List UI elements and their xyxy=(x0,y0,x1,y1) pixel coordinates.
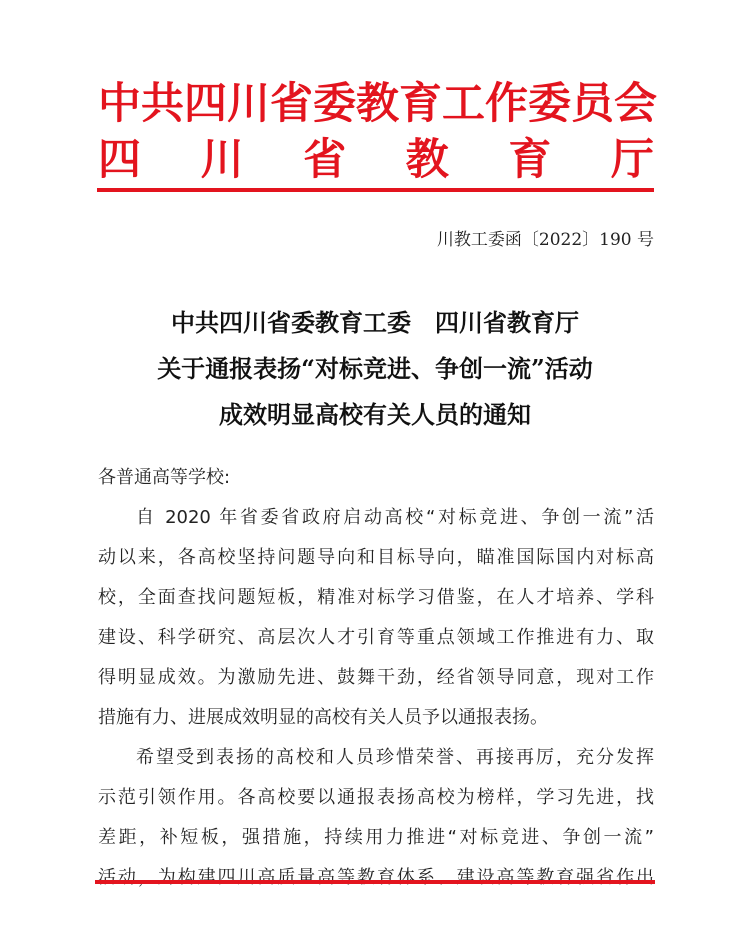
document-number: 川教工委函〔2022〕190 号 xyxy=(437,225,654,250)
body-line: 建设、科学研究、高层次人才引育等重点领域工作推进有力、取 xyxy=(98,618,654,658)
title-line: 关于通报表扬“对标竞进、争创一流”活动 xyxy=(90,346,660,392)
document-body: 各普通高等学校: 自 2020 年省委省政府启动高校“对标竞进、争创一流”活 动… xyxy=(98,458,654,898)
document-title: 中共四川省委教育工委 四川省教育厅 关于通报表扬“对标竞进、争创一流”活动 成效… xyxy=(90,300,660,438)
letterhead-char: 四 xyxy=(184,70,227,131)
body-line: 动以来，各高校坚持问题导向和目标导向，瞄准国际国内对标高 xyxy=(98,538,654,578)
body-line: 措施有力、进展成效明显的高校有关人员予以通报表扬。 xyxy=(98,698,654,738)
letterhead-char: 四 xyxy=(98,126,141,187)
letterhead-char: 川 xyxy=(227,70,270,131)
letterhead-char: 教 xyxy=(406,126,449,187)
body-line: 得明显成效。为激励先进、鼓舞干劲，经省领导同意，现对工作 xyxy=(98,658,654,698)
footer-divider xyxy=(95,880,655,884)
letterhead-char: 育 xyxy=(508,126,551,187)
paragraph: 自 2020 年省委省政府启动高校“对标竞进、争创一流”活 动以来，各高校坚持问… xyxy=(98,498,654,738)
letterhead-char: 省 xyxy=(270,70,313,131)
letterhead-char: 中 xyxy=(98,70,141,131)
title-line: 中共四川省委教育工委 四川省教育厅 xyxy=(90,300,660,346)
letterhead-char: 省 xyxy=(303,126,346,187)
body-line: 差距，补短板，强措施，持续用力推进“对标竞进、争创一流” xyxy=(98,818,654,858)
body-line: 示范引领作用。各高校要以通报表扬高校为榜样，学习先进，找 xyxy=(98,778,654,818)
letterhead-divider xyxy=(97,188,654,192)
salutation: 各普通高等学校: xyxy=(98,458,654,498)
paragraph: 希望受到表扬的高校和人员珍惜荣誉、再接再厉，充分发挥 示范引领作用。各高校要以通… xyxy=(98,738,654,898)
letterhead-char: 工 xyxy=(442,70,485,131)
letterhead-line-2: 四 川 省 教 育 厅 xyxy=(98,128,654,184)
letterhead-char: 作 xyxy=(485,70,528,131)
letterhead-char: 育 xyxy=(399,70,442,131)
letterhead-char: 教 xyxy=(356,70,399,131)
letterhead-char: 员 xyxy=(571,70,614,131)
letterhead-char: 共 xyxy=(141,70,184,131)
letterhead-char: 川 xyxy=(201,126,244,187)
body-line: 希望受到表扬的高校和人员珍惜荣誉、再接再厉，充分发挥 xyxy=(98,738,654,778)
letterhead-char: 委 xyxy=(313,70,356,131)
body-line: 校，全面查找问题短板，精准对标学习借鉴，在人才培养、学科 xyxy=(98,578,654,618)
title-line: 成效明显高校有关人员的通知 xyxy=(90,392,660,438)
letterhead-char: 厅 xyxy=(611,126,654,187)
letterhead-line-1: 中 共 四 川 省 委 教 育 工 作 委 员 会 xyxy=(98,72,654,128)
body-line: 自 2020 年省委省政府启动高校“对标竞进、争创一流”活 xyxy=(98,498,654,538)
body-line: 活动，为构建四川高质量高等教育体系、建设高等教育强省作出 xyxy=(98,858,654,898)
letterhead-char: 会 xyxy=(614,70,657,131)
letterhead-char: 委 xyxy=(528,70,571,131)
